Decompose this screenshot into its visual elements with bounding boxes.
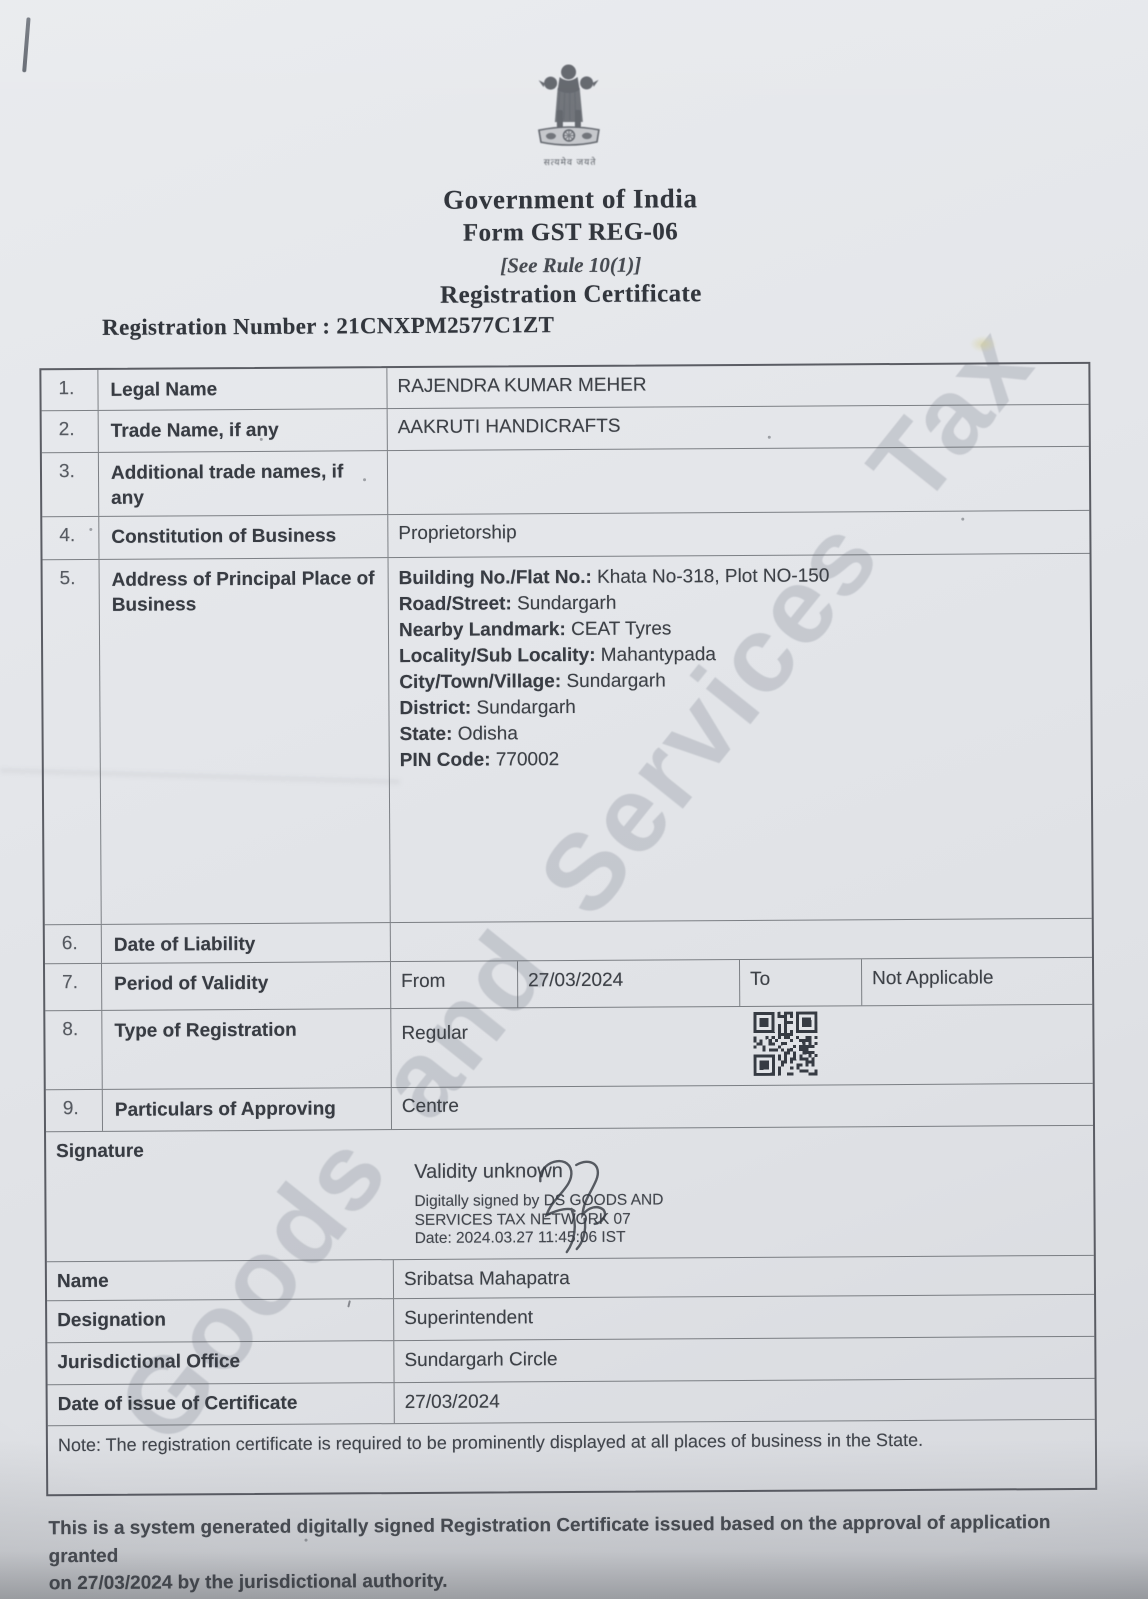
address-field-value: Odisha [458, 723, 518, 744]
row-label: Date of issue of Certificate [48, 1383, 395, 1425]
row-label: Address of Principal Place of Business [100, 558, 391, 924]
row-label: Jurisdictional Office [47, 1341, 394, 1384]
address-field-label: City/Town/Village: [399, 671, 561, 693]
registration-number-line: Registration Number : 21CNXPM2577C1ZT [102, 312, 554, 341]
government-title: Government of India [0, 181, 1144, 219]
row-number: 2. [42, 411, 99, 452]
address-field-label: Road/Street: [399, 593, 512, 615]
address-field-label: District: [399, 698, 471, 719]
row-value: RAJENDRA KUMAR MEHER [387, 364, 1088, 408]
row-label: Trade Name, if any [99, 409, 388, 452]
validity-to-value: Not Applicable [862, 958, 1092, 1005]
validity-from-date: 27/03/2024 [518, 960, 740, 1007]
address-field-value: 770002 [496, 749, 560, 770]
address-block: Building No./Flat No.: Khata No-318, Plo… [389, 554, 1092, 922]
row-number: 1. [41, 370, 98, 410]
officer-row-date-of-issue: Date of issue of Certificate 27/03/2024 [48, 1378, 1095, 1425]
table-row-trade-name: 2. Trade Name, if any AAKRUTI HANDICRAFT… [42, 404, 1089, 452]
address-line: PIN Code: 770002 [400, 744, 1081, 774]
table-row-date-of-liability: 6. Date of Liability [45, 918, 1092, 963]
row-number: 7. [45, 964, 102, 1010]
signature-cell: Signature Validity unknown Digitally sig… [46, 1126, 1094, 1261]
ashoka-emblem-icon [526, 60, 611, 155]
address-field-value: Sundargarh [566, 670, 665, 692]
address-field-value: Sundargarh [517, 593, 616, 615]
validity-from-label: From [391, 961, 518, 1008]
row-value: Superintendent [394, 1295, 1094, 1340]
address-field-value: Mahantypada [601, 644, 716, 666]
certificate-title: Registration Certificate [0, 278, 1145, 313]
row-label: Name [47, 1260, 394, 1300]
form-title: Form GST REG-06 [0, 216, 1145, 251]
row-value [391, 919, 1092, 961]
row-value: Proprietorship [388, 511, 1089, 557]
footer-line: on 27/03/2024 by the jurisdictional auth… [49, 1564, 1113, 1598]
row-label: Period of Validity [102, 962, 391, 1010]
table-row-address: 5. Address of Principal Place of Busines… [43, 553, 1092, 924]
row-label: Constitution of Business [99, 515, 388, 559]
address-field-label: Nearby Landmark: [399, 619, 566, 641]
row-value: Sundargarh Circle [394, 1337, 1094, 1382]
table-row-particulars-of-approving: 9. Particulars of Approving Centre [46, 1083, 1093, 1131]
row-value: Centre [392, 1084, 1093, 1129]
address-field-label: Locality/Sub Locality: [399, 645, 595, 667]
row-label: Legal Name [98, 368, 387, 410]
address-field-label: Building No./Flat No.: [399, 567, 592, 589]
rule-reference: [See Rule 10(1)] [0, 250, 1145, 282]
row-value: Regular [391, 1005, 1092, 1087]
table-row-type-of-registration: 8. Type of Registration Regular [45, 1004, 1092, 1089]
scanned-certificate-page: Goods and Services Tax [0, 0, 1148, 1599]
registration-number-label: Registration Number : [102, 313, 330, 339]
address-field-value: Sundargarh [476, 697, 575, 719]
table-row-additional-trade-names: 3. Additional trade names, if any [42, 446, 1089, 516]
yellow-smudge-artifact [969, 335, 997, 352]
address-field-label: PIN Code: [400, 750, 491, 772]
address-field-value: CEAT Tyres [571, 618, 671, 640]
address-field-label: State: [400, 724, 453, 745]
row-value: AAKRUTI HANDICRAFTS [388, 405, 1089, 450]
row-label: Designation [47, 1299, 394, 1342]
signature-row: Signature Validity unknown Digitally sig… [46, 1125, 1094, 1261]
address-field-value: Khata No-318, Plot NO-150 [597, 565, 829, 587]
row-number: 9. [46, 1090, 103, 1131]
registration-type-value: Regular [401, 1017, 468, 1045]
officer-row-jurisdictional-office: Jurisdictional Office Sundargarh Circle [47, 1336, 1094, 1384]
certificate-table: 1. Legal Name RAJENDRA KUMAR MEHER 2. Tr… [39, 362, 1097, 1496]
qr-code [753, 1012, 817, 1076]
validity-to-label: To [740, 959, 862, 1006]
ink-scribble [524, 1149, 621, 1260]
row-value: 27/03/2024 [395, 1379, 1095, 1423]
table-row-period-of-validity: 7. Period of Validity From 27/03/2024 To… [45, 957, 1092, 1010]
footer-line: This is a system generated digitally sig… [48, 1509, 1112, 1570]
row-label: Particulars of Approving [103, 1088, 392, 1131]
registration-number-value: 21CNXPM2577C1ZT [336, 312, 554, 338]
row-number: 6. [45, 925, 102, 963]
note-row: Note: The registration certificate is re… [48, 1419, 1095, 1494]
row-value: Sribatsa Mahapatra [394, 1256, 1094, 1298]
row-label: Date of Liability [102, 923, 391, 963]
row-value [388, 447, 1089, 514]
row-number: 5. [43, 560, 102, 924]
row-label: Additional trade names, if any [99, 451, 388, 516]
signature-label: Signature [56, 1141, 144, 1163]
row-number: 3. [42, 453, 99, 516]
footer-text: This is a system generated digitally sig… [48, 1509, 1112, 1598]
table-row-constitution: 4. Constitution of Business Proprietorsh… [42, 510, 1089, 559]
row-label: Type of Registration [102, 1009, 391, 1089]
officer-row-name: Name Sribatsa Mahapatra [47, 1255, 1094, 1300]
row-number: 8. [45, 1011, 102, 1089]
table-row-legal-name: 1. Legal Name RAJENDRA KUMAR MEHER [41, 364, 1088, 410]
pen-stroke-artifact [22, 17, 30, 72]
paper-sheet: Goods and Services Tax [0, 0, 1148, 1599]
row-number: 4. [42, 517, 99, 559]
officer-row-designation: Designation Superintendent [47, 1294, 1094, 1342]
emblem-motto: सत्यमेव जयते [0, 152, 1144, 172]
note-text: Note: The registration certificate is re… [48, 1420, 1095, 1494]
